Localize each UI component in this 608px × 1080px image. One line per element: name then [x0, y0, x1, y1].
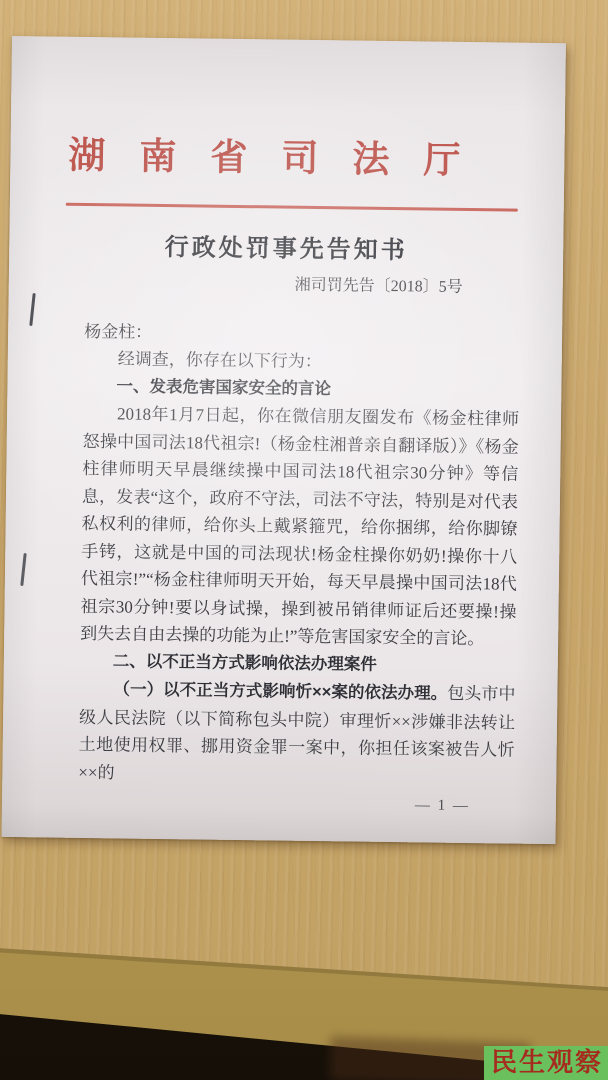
- section-2-item-heading: （一）以不正当方式影响忻××案的依法办理。: [113, 681, 447, 703]
- document-number: 湘司罚先告〔2018〕5号: [9, 268, 463, 297]
- document-title: 行政处罚事先告知书: [9, 225, 563, 267]
- document-body: 杨金柱： 经调查，你存在以下行为： 一、发表危害国家安全的言论 2018年1月7…: [78, 318, 520, 792]
- watermark-label: 民生观察: [484, 1046, 608, 1080]
- section-2-paragraph: （一）以不正当方式影响忻××案的依法办理。包头市中级人民法院（以下简称包头中院）…: [78, 675, 515, 792]
- section-1-body: 2018年1月7日起，你在微信朋友圈发布《杨金柱律师怒操中国司法18代祖宗!（杨…: [80, 400, 519, 653]
- page-number: — 1 —: [2, 792, 470, 815]
- photo-of-document: 湖南省司法厅 行政处罚事先告知书 湘司罚先告〔2018〕5号 杨金柱： 经调查，…: [0, 0, 608, 1080]
- document-page: 湖南省司法厅 行政处罚事先告知书 湘司罚先告〔2018〕5号 杨金柱： 经调查，…: [2, 36, 566, 844]
- header-divider-line: [66, 202, 518, 211]
- issuer-title: 湖南省司法厅: [68, 137, 564, 184]
